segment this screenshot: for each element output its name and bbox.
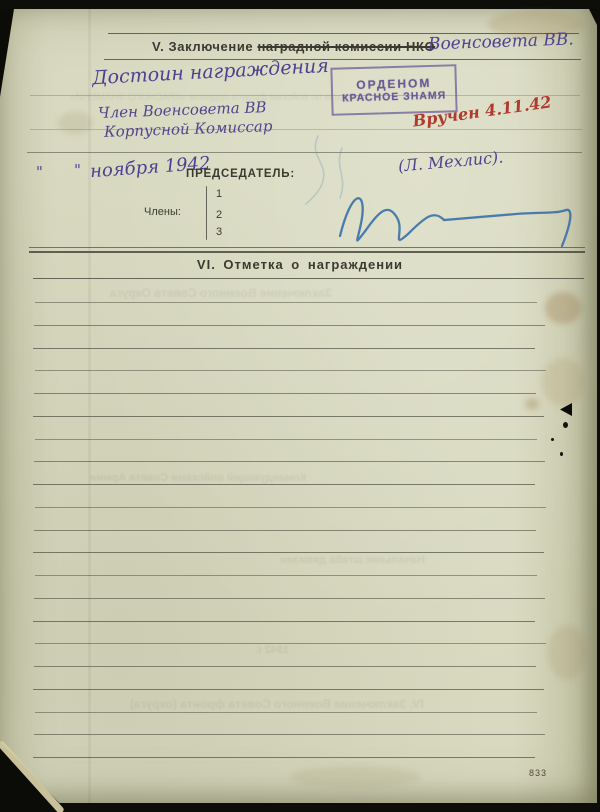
chairman-label: ПРЕДСЕДАТЕЛЬ: — [186, 168, 295, 180]
page-number: 833 — [529, 768, 547, 778]
ruled-line — [33, 621, 535, 622]
ruled-line — [33, 484, 535, 485]
ruled-line — [34, 530, 536, 531]
section6-heading: VI. Отметка о награждении — [150, 257, 450, 272]
ruled-line — [33, 552, 544, 553]
section5-heading: V. Заключение наградной комиссии НКО — [152, 39, 435, 54]
bleed-through-text: Начальник штаба дивизии — [280, 554, 425, 566]
bleed-through-text: 1942 г. — [255, 644, 289, 656]
paper-speck — [560, 452, 563, 456]
section5-heading-struck-text: наградной комиссии НКО — [257, 39, 435, 54]
ruled-line — [34, 734, 545, 735]
date-close-quote: " — [74, 161, 81, 179]
paper-stain — [545, 292, 581, 324]
faint-blue-mark — [288, 128, 378, 208]
bleed-through-text: IV. Заключение Военного Совета фронта (о… — [130, 697, 424, 711]
ruled-line — [35, 575, 537, 576]
ruled-line — [33, 757, 535, 758]
ruled-line — [35, 439, 537, 440]
paper-speck — [551, 438, 554, 441]
bleed-through-text: Заключение Военного Совета Округа — [110, 286, 333, 300]
section5-heading-prefix: V. Заключение — [152, 39, 257, 54]
ruled-line — [35, 643, 546, 644]
ruled-line — [35, 370, 546, 371]
bleed-through-text: Командующий войсками Совета Армии — [90, 472, 306, 484]
paper-stain — [290, 766, 420, 788]
members-brace — [206, 186, 207, 240]
ruled-line — [30, 95, 580, 96]
ruled-line — [33, 689, 544, 690]
ruled-line — [35, 302, 537, 303]
members-label: Члены: — [144, 206, 181, 218]
member-number-1: 1 — [216, 188, 222, 200]
member-number-3: 3 — [216, 226, 222, 238]
paper-speck — [563, 422, 568, 428]
ruled-line — [33, 348, 535, 349]
paper-stain — [58, 112, 92, 134]
ruled-line — [34, 393, 536, 394]
ruled-line — [33, 416, 544, 417]
member-number-2: 2 — [216, 209, 222, 221]
ruled-line — [33, 278, 584, 279]
paper-stain — [548, 625, 586, 680]
paper-stain — [542, 358, 584, 406]
ruled-line — [35, 712, 537, 713]
paper-stain — [525, 398, 539, 410]
ruled-line — [34, 598, 545, 599]
ruled-line — [34, 461, 545, 462]
date-open-quote: " — [36, 163, 43, 181]
stamp-line2: КРАСНОЕ ЗНАМЯ — [342, 90, 446, 105]
ruled-line — [34, 325, 545, 326]
ruled-line — [35, 507, 546, 508]
scanned-award-document: Заключение Военного Совета Округа приказ… — [0, 0, 600, 812]
ruled-line — [104, 59, 581, 60]
ruled-line — [34, 666, 536, 667]
